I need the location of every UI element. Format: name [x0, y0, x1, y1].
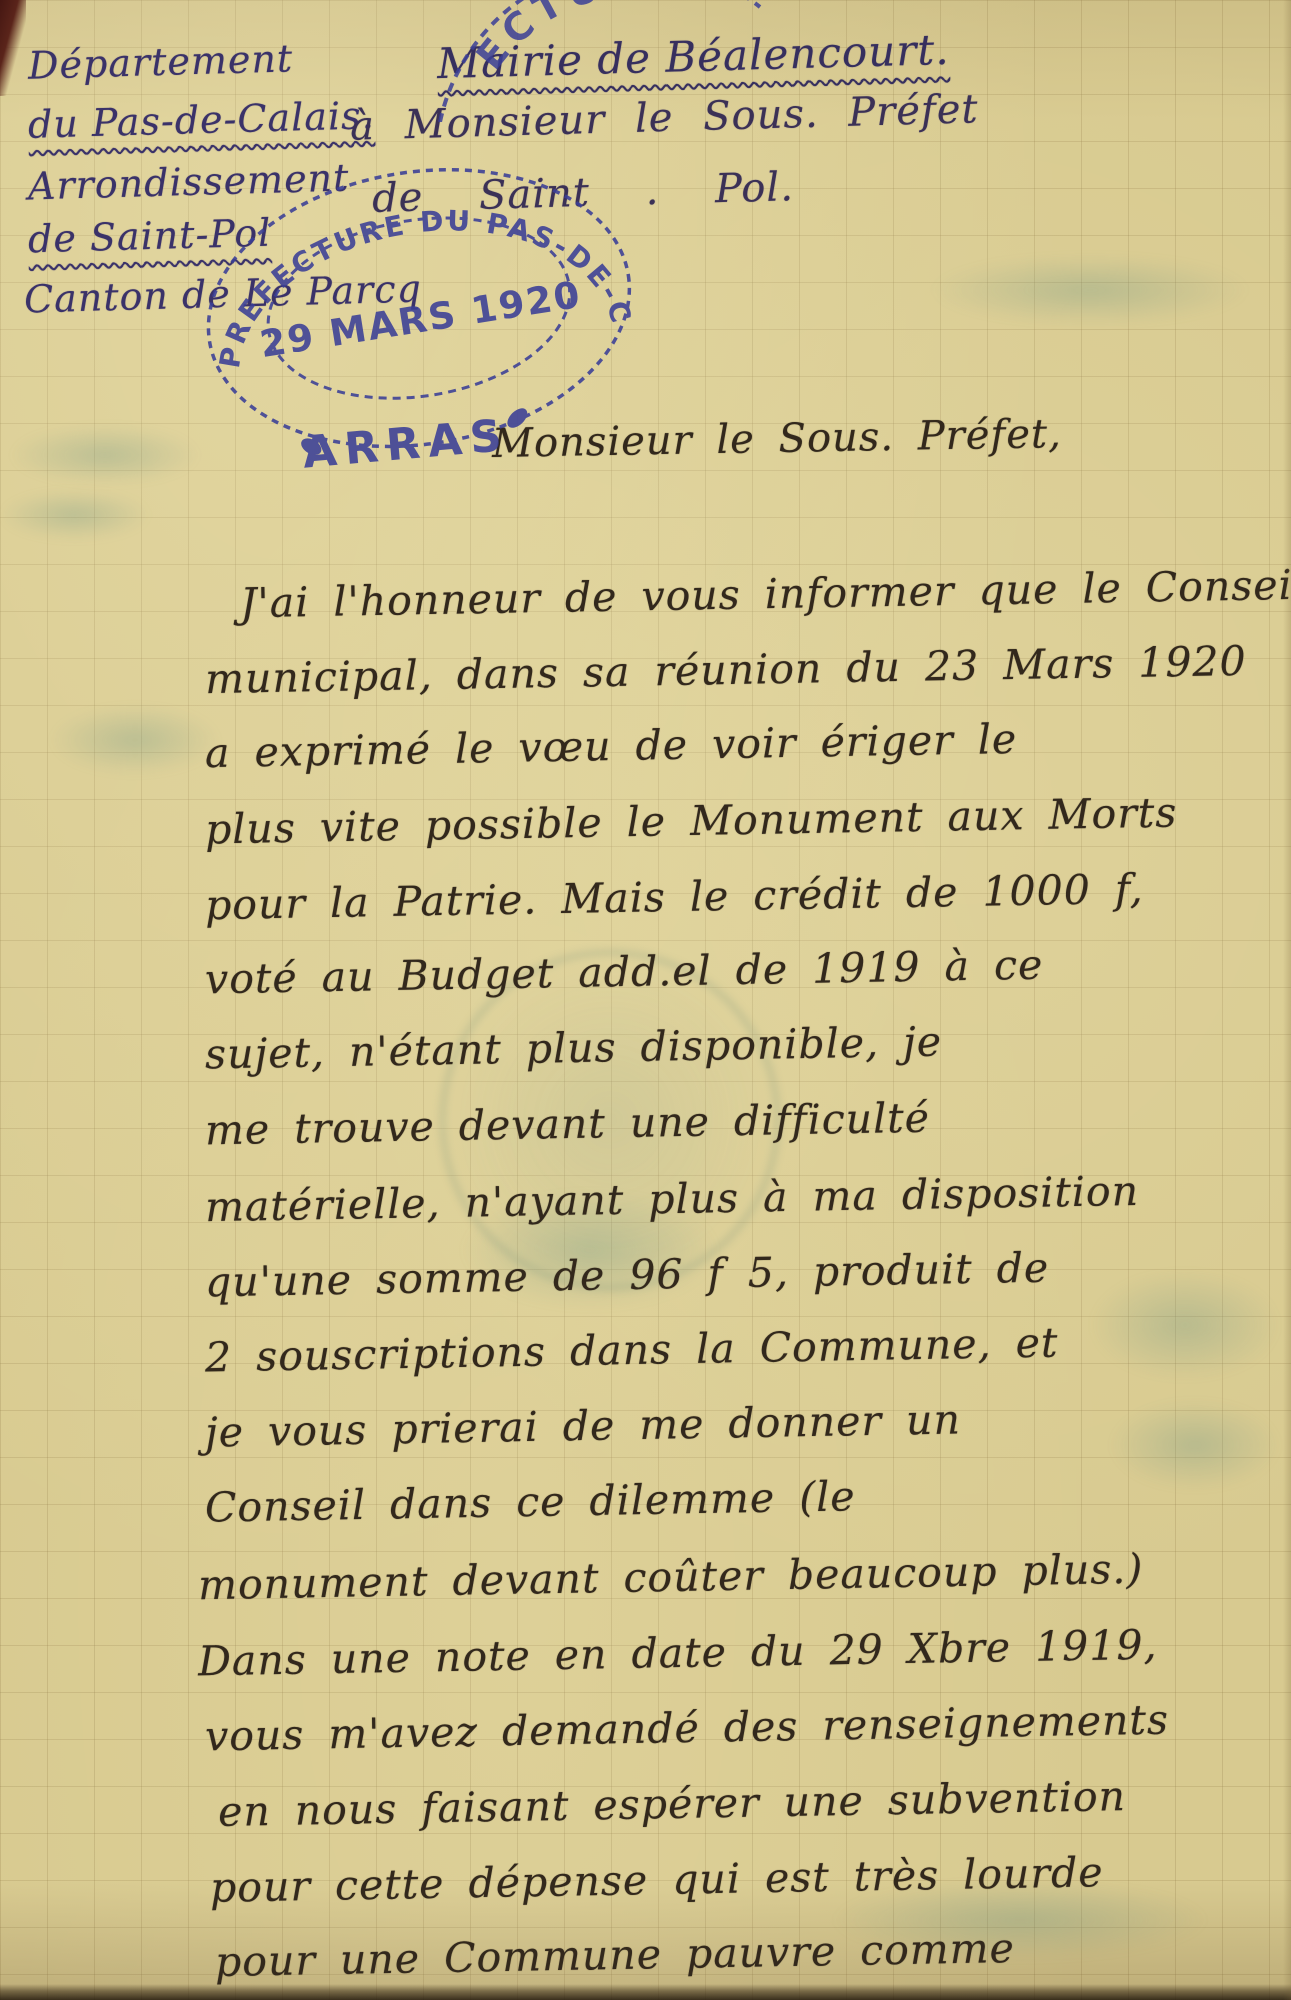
- body-line: en nous faisant espérer une subvention: [218, 1772, 1127, 1836]
- body-line: municipal, dans sa réunion du 23 Mars 19…: [205, 637, 1247, 703]
- bleedthrough-smudge: [930, 255, 1250, 325]
- bleedthrough-smudge: [10, 425, 200, 485]
- body-line: Dans une note en date du 29 Xbre 1919,: [198, 1621, 1158, 1686]
- bleedthrough-smudge: [1110, 1400, 1280, 1490]
- body-line: a exprimé le vœu de voir ériger le: [205, 715, 1018, 777]
- stamp-city: ARRAS: [300, 410, 511, 479]
- photo-corner-shadow: [0, 0, 26, 96]
- stamp-date: 29 MARS 1920: [257, 273, 585, 366]
- body-line: je vous prierai de me donner un: [205, 1395, 962, 1456]
- body-line: Conseil dans ce dilemme (le: [205, 1472, 856, 1531]
- body-line: plus vite possible le Monument aux Morts: [205, 789, 1178, 854]
- photo-bottom-edge: [0, 1984, 1291, 2000]
- prefecture-stamp-partial: ECTURE: [400, 0, 780, 122]
- photo-right-edge: [1283, 0, 1291, 2000]
- bleedthrough-smudge: [50, 705, 220, 775]
- letter-page: Département du Pas-de-Calais. Arrondisse…: [0, 0, 1291, 2000]
- stamp-partial-text: ECTURE: [468, 0, 681, 78]
- body-line: monument devant coûter beaucoup plus.): [198, 1545, 1144, 1609]
- bleedthrough-smudge: [1090, 1270, 1280, 1380]
- body-line: vous m'avez demandé des renseignements: [205, 1696, 1170, 1761]
- body-line: voté au Budget add.el de 1919 à ce: [205, 941, 1044, 1004]
- body-line: matérielle, n'ayant plus à ma dispositio…: [205, 1167, 1140, 1231]
- body-line: J'ai l'honneur de vous informer que le C…: [240, 561, 1291, 628]
- bleedthrough-smudge: [0, 490, 150, 540]
- prefecture-stamp: PREFECTURE DU PAS-DE-CALAIS 29 MARS 1920…: [177, 118, 663, 513]
- svg-text:ECTURE: ECTURE: [468, 0, 681, 78]
- department-value: du Pas-de-Calais.: [27, 93, 375, 147]
- department-label: Département: [27, 36, 293, 87]
- body-line: 2 souscriptions dans la Commune, et: [205, 1319, 1059, 1382]
- body-line: me trouve devant une difficulté: [205, 1094, 931, 1155]
- body-line: sujet, n'étant plus disponible, je: [205, 1018, 943, 1079]
- body-line: pour une Commune pauvre comme: [215, 1924, 1016, 1986]
- body-line: qu'une somme de 96 f 5, produit de: [205, 1244, 1050, 1307]
- body-line: pour la Patrie. Mais le crédit de 1000 f…: [205, 865, 1144, 929]
